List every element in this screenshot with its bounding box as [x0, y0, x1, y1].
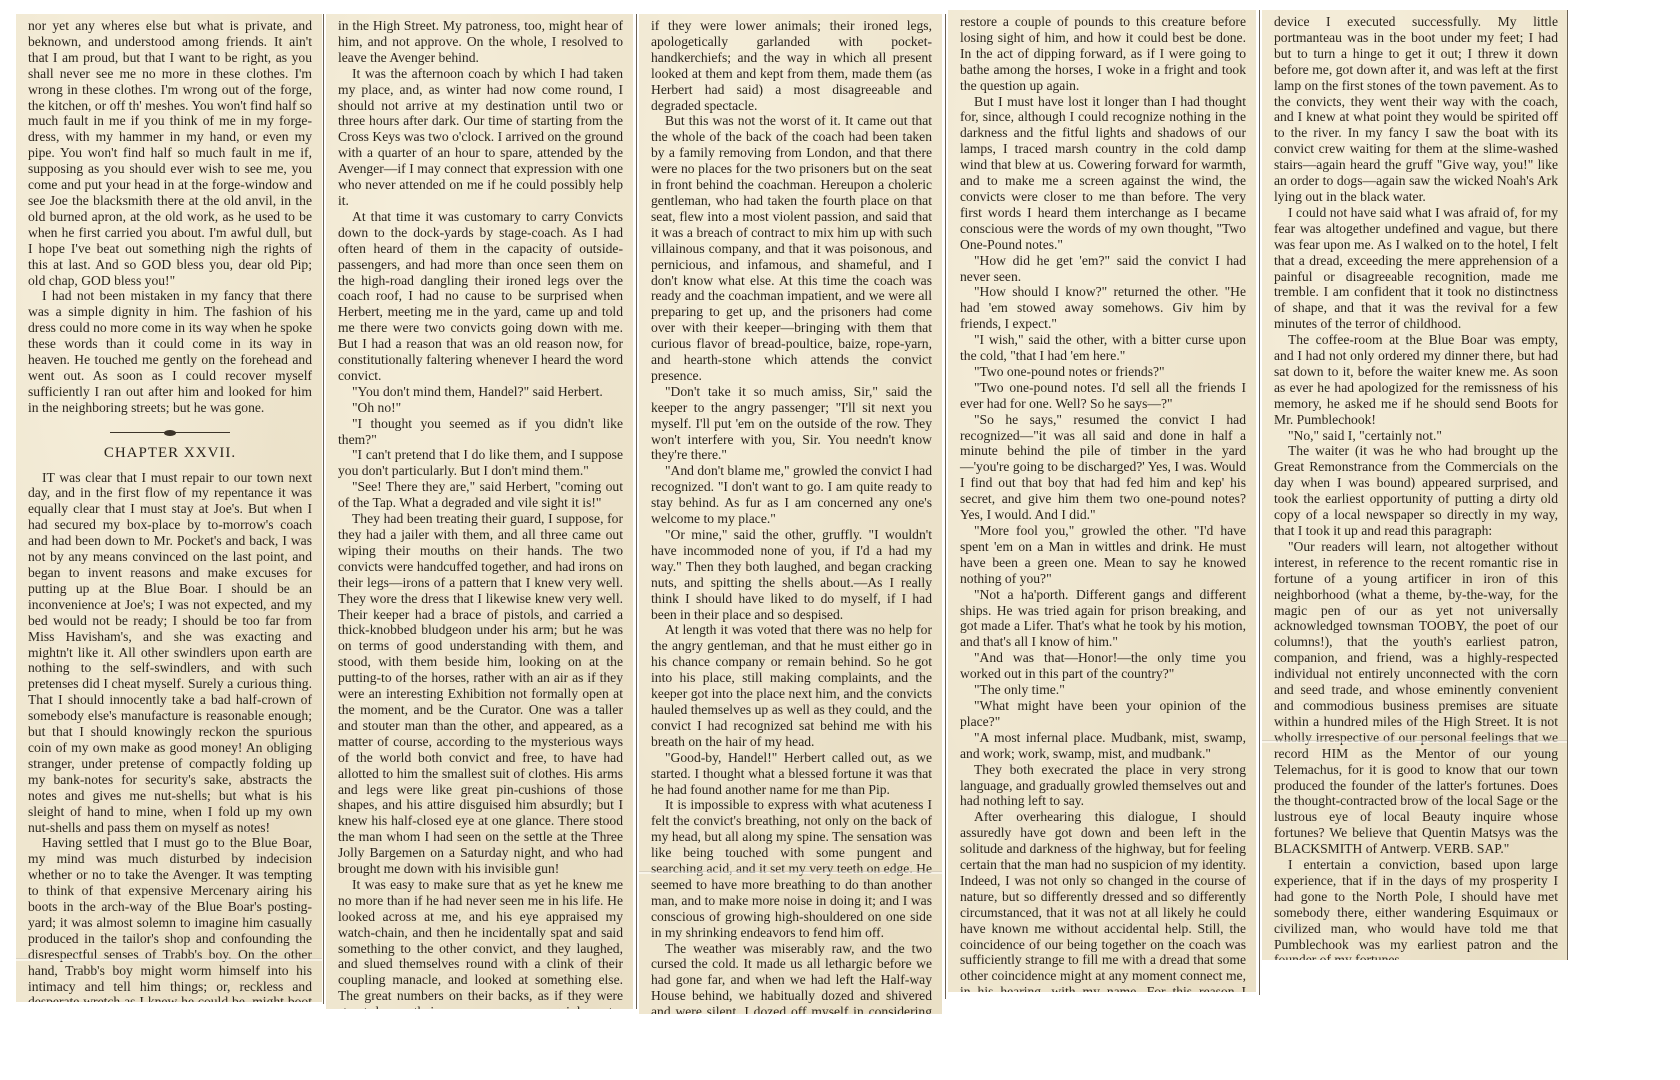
- paragraph: "And don't blame me," growled the convic…: [651, 463, 932, 527]
- text-column-1: nor yet any wheres else but what is priv…: [16, 14, 322, 1002]
- text-column-3: if they were lower animals; their ironed…: [639, 14, 942, 1014]
- paragraph: It is impossible to express with what ac…: [651, 797, 932, 940]
- paragraph: I entertain a conviction, based upon lar…: [1274, 857, 1558, 960]
- paragraph: "Two one-pound notes. I'd sell all the f…: [960, 380, 1246, 412]
- column-rule: [945, 14, 946, 999]
- paragraph: They had been treating their guard, I su…: [338, 511, 623, 877]
- paragraph: It was the afternoon coach by which I ha…: [338, 66, 623, 209]
- paragraph: "Oh no!": [338, 400, 623, 416]
- paragraph: "Not a ha'porth. Different gangs and dif…: [960, 587, 1246, 651]
- paragraph: "I wish," said the other, with a bitter …: [960, 332, 1246, 364]
- clipping-seam: [16, 958, 322, 961]
- paragraph: "And was that—Honor!—the only time you w…: [960, 650, 1246, 682]
- paragraph: At that time it was customary to carry C…: [338, 209, 623, 384]
- clipping-seam: [639, 871, 942, 874]
- paragraph: "I thought you seemed as if you didn't l…: [338, 416, 623, 448]
- paragraph: restore a couple of pounds to this creat…: [960, 14, 1246, 94]
- text-column-4: restore a couple of pounds to this creat…: [948, 10, 1256, 992]
- column-rule: [1259, 10, 1260, 995]
- paragraph: "How should I know?" returned the other.…: [960, 284, 1246, 332]
- paragraph: "Don't take it so much amiss, Sir," said…: [651, 384, 932, 464]
- paragraph: "Or mine," said the other, gruffly. "I w…: [651, 527, 932, 622]
- paragraph: Having settled that I must go to the Blu…: [28, 835, 312, 1002]
- paragraph: The waiter (it was he who had brought up…: [1274, 443, 1558, 538]
- paragraph: "Good-by, Handel!" Herbert called out, a…: [651, 750, 932, 798]
- paragraph: The coffee-room at the Blue Boar was emp…: [1274, 332, 1558, 427]
- chapter-heading: CHAPTER XXVII.: [28, 446, 312, 462]
- paragraph: But I must have lost it longer than I ha…: [960, 94, 1246, 253]
- clipping-seam: [1262, 740, 1568, 743]
- paragraph: "Our readers will learn, not altogether …: [1274, 539, 1558, 857]
- text-column-5: device I executed successfully. My littl…: [1262, 10, 1568, 960]
- paragraph: I had not been mistaken in my fancy that…: [28, 288, 312, 415]
- paragraph: "More fool you," growled the other. "I'd…: [960, 523, 1246, 587]
- paragraph: in the High Street. My patroness, too, m…: [338, 18, 623, 66]
- section-ornament: [110, 430, 230, 436]
- text-column-2: in the High Street. My patroness, too, m…: [326, 14, 633, 1009]
- paragraph: The weather was miserably raw, and the t…: [651, 941, 932, 1014]
- paragraph: "I can't pretend that I do like them, an…: [338, 447, 623, 479]
- paragraph: They both execrated the place in very st…: [960, 762, 1246, 810]
- paragraph: "Two one-pound notes or friends?": [960, 364, 1246, 380]
- column-rule: [636, 14, 637, 1009]
- paragraph: device I executed successfully. My littl…: [1274, 14, 1558, 205]
- column-rule: [1567, 10, 1568, 960]
- paragraph: It was easy to make sure that as yet he …: [338, 877, 623, 1009]
- paragraph: "What might have been your opinion of th…: [960, 698, 1246, 730]
- paragraph: At length it was voted that there was no…: [651, 622, 932, 749]
- paragraph: "See! There they are," said Herbert, "co…: [338, 479, 623, 511]
- paragraph: "No," said I, "certainly not.": [1274, 428, 1558, 444]
- paragraph: nor yet any wheres else but what is priv…: [28, 18, 312, 288]
- paragraph: "The only time.": [960, 682, 1246, 698]
- paragraph: "You don't mind them, Handel?" said Herb…: [338, 384, 623, 400]
- paragraph: IT was clear that I must repair to our t…: [28, 470, 312, 836]
- column-rule: [323, 14, 324, 1004]
- paragraph: "How did he get 'em?" said the convict I…: [960, 253, 1246, 285]
- paragraph: I could not have said what I was afraid …: [1274, 205, 1558, 332]
- paragraph: But this was not the worst of it. It cam…: [651, 113, 932, 383]
- paragraph: After overhearing this dialogue, I shoul…: [960, 809, 1246, 992]
- paragraph: "So he says," resumed the convict I had …: [960, 412, 1246, 523]
- paragraph: if they were lower animals; their ironed…: [651, 18, 932, 113]
- paragraph: "A most infernal place. Mudbank, mist, s…: [960, 730, 1246, 762]
